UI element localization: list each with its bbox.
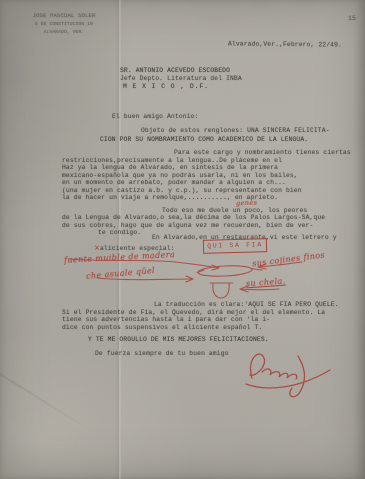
para1-line2: CION POR SU NOMBRAMIENTO COMO ACADEMICO … (100, 136, 308, 143)
para3-line3: de sus cobres, hago que de alguna vez me… (62, 222, 312, 229)
salutation: El buen amigo Antonio: (112, 113, 198, 120)
signature (238, 344, 338, 402)
recipient-title: Jefe Depto. Literatura del INBA (120, 75, 242, 82)
arrowhead (212, 265, 219, 270)
page-number: 15 (348, 15, 356, 22)
para2-line1: Para este cargo y nombramiento tienes ci… (62, 149, 310, 157)
para4-line4: dice con puntos suspensivos el aliciente… (62, 324, 312, 332)
arrow-doodle (240, 289, 279, 290)
para2-line3: Haz ya la lengua de Alvarado, en síntesi… (62, 164, 310, 172)
para2-line7: la de hacer un viaje a remolque,........… (62, 194, 310, 202)
right-edge-shadow (353, 0, 365, 479)
para2-line5: en un momento de arrebato, poder mandar … (62, 179, 310, 187)
letterhead-address1: 5 DE CONSTITUCION 10 (14, 21, 114, 28)
red-stamp-box: QUI SA FIA (203, 238, 267, 254)
para3-line2: de la Lengua de Alvarado,o sea,la décima… (62, 214, 312, 221)
dateline: Alvarado,Ver.,Febrero, 22/49. (228, 40, 342, 48)
cup-doodle (210, 283, 233, 298)
letterhead-name: JOSE PASCUAL SOLER (14, 12, 114, 19)
red-note-4: su chela. (246, 277, 286, 289)
para4-line1: La traducción es clara:'AQUI SE FIA PERO… (62, 301, 312, 309)
para2: Para este cargo y nombramiento tienes ci… (62, 149, 310, 202)
para2-line6: (una mujer en castizo a.b. y c.p.), su r… (62, 187, 310, 195)
recipient-city: M E X I C O , D.F. (123, 83, 209, 90)
fold-shading (0, 0, 117, 479)
signoff-line: De fuerza siempre de tu buen amigo (95, 350, 229, 357)
margin-x-mark: × (94, 244, 100, 252)
para3: Todo eso me duele un poco, los peores de… (62, 207, 312, 236)
letterhead-address2: ALVARADO, VER. (14, 29, 114, 36)
para2-line2: restricciones,precisamente a la lengua..… (62, 157, 310, 165)
para4-line3: tiene sus advertencias hasta la i para d… (62, 316, 312, 324)
arrowhead (186, 276, 193, 282)
para1-line1: Objeto de estos renglones: UNA SINCERA F… (141, 127, 330, 134)
letter-page: JOSE PASCUAL SOLER 5 DE CONSTITUCION 10 … (0, 0, 365, 479)
closing-line: Y TE ME ORGULLO DE MIS MEJORES FELICITAC… (88, 336, 269, 343)
para4: La traducción es clara:'AQUI SE FIA PERO… (62, 301, 312, 331)
red-note-3: sus cojines finos (252, 251, 326, 269)
recipient-name: SR. ANTONIO ACEVEDO ESCOBEDO (120, 67, 230, 74)
para2-line4: mexicano-española que ya no podrás usarl… (62, 172, 310, 180)
